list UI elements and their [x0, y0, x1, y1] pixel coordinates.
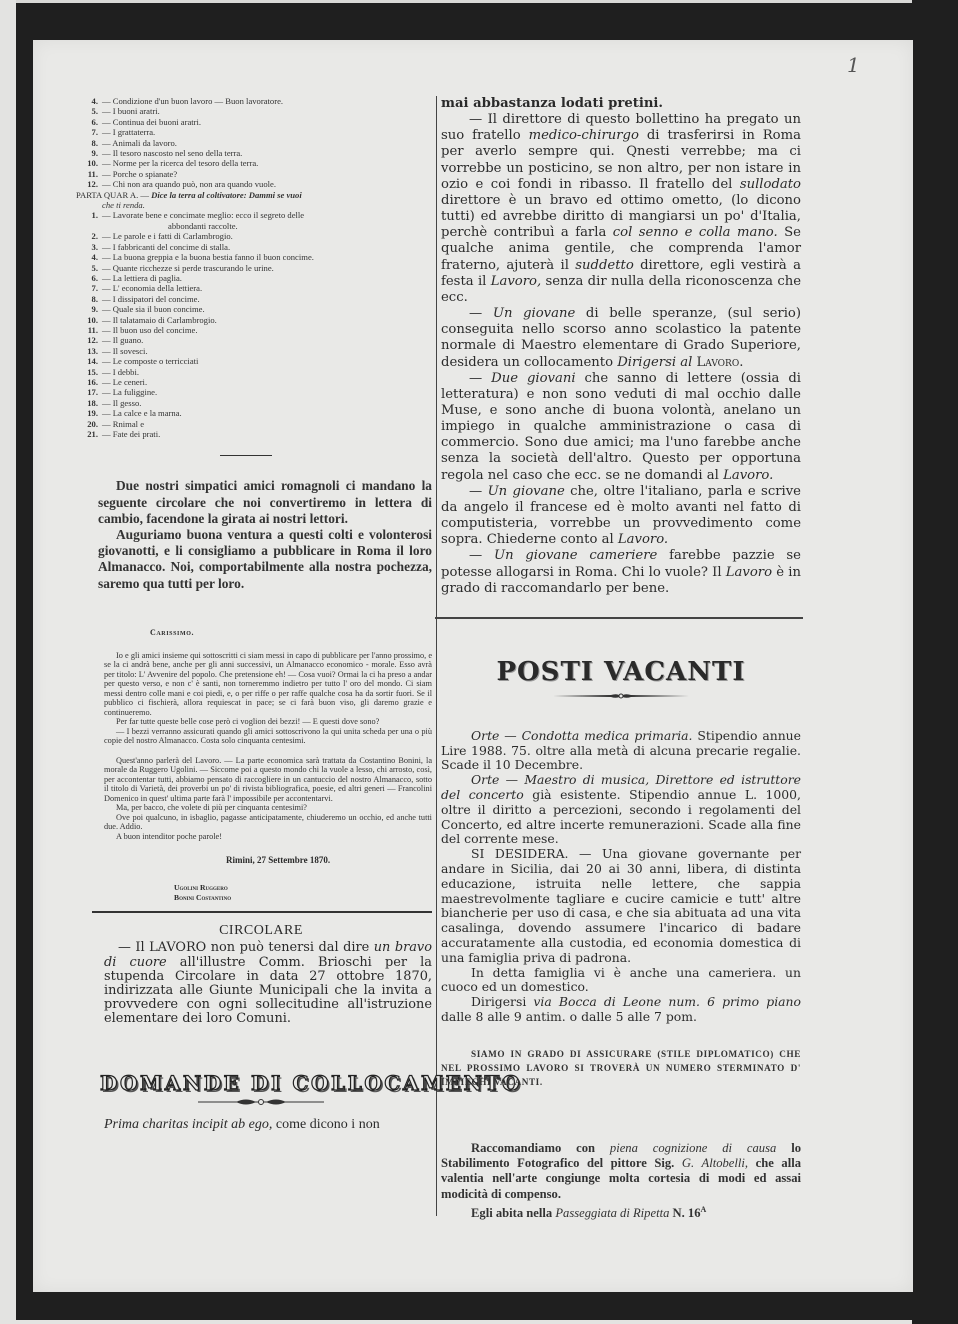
section-divider [220, 455, 272, 456]
ornament-divider [441, 691, 801, 701]
vacancies: Orte — Condotta medica primaria. Stipend… [441, 729, 801, 1025]
contents-item: 15.— I debbi. [60, 367, 432, 377]
contents-item: 16.— Le ceneri. [60, 377, 432, 387]
circolare-title: CIRCOLARE [90, 923, 432, 939]
circolare-text: — Il LAVORO non può tenersi dal dire un … [104, 941, 432, 1026]
contents-item: 4.— La buona greppia e la buona bestia f… [60, 252, 432, 262]
contents-part-3: 4.— Condizione d'un buon lavoro — Buon l… [60, 96, 432, 190]
contents-item: 5.— Quante ricchezze si perde trascurand… [60, 263, 432, 273]
section-divider [92, 911, 432, 913]
column-divider [436, 96, 437, 1216]
contents-item: 6.— Continua dei buoni aratri. [60, 117, 432, 127]
letter-signers: Ugolini Ruggero Bonini Costantino [174, 883, 432, 903]
listing-direttore: — Il direttore di questo bollettino ha p… [441, 112, 801, 306]
posti-vacanti-heading: POSTI VACANTI [441, 657, 801, 687]
contents-part-4: 1.— Lavorate bene e concimate meglio: ec… [60, 210, 432, 439]
contents-item: 18.— Il gesso. [60, 398, 432, 408]
letter-body: Io e gli amici insieme qui sottoscritti … [104, 651, 432, 842]
vacancy-musica: Orte — Maestro di musica, Direttore ed i… [441, 773, 801, 847]
contents-item: 12.— Il guano. [60, 335, 432, 345]
domande-lead: Prima charitas incipit ab ego, come dico… [104, 1117, 432, 1133]
signer: Bonini Costantino [174, 893, 432, 903]
contents-item: 7.— L' economia della lettiera. [60, 283, 432, 293]
contents-item: 1.— Lavorate bene e concimate meglio: ec… [60, 210, 432, 220]
contents-part-4-heading-cont: che ti renda. [102, 200, 145, 210]
contents-item: 3.— I fabbricanti del concime di stalla. [60, 242, 432, 252]
letter-paragraph: A buon intenditor poche parole! [104, 832, 432, 842]
contents-item: 21.— Fate dei prati. [60, 429, 432, 439]
letter-paragraph: Io e gli amici insieme qui sottoscritti … [104, 651, 432, 718]
scan-edge-right [912, 0, 958, 1324]
page-number: 1 [847, 53, 860, 77]
left-column: 4.— Condizione d'un buon lavoro — Buon l… [60, 96, 432, 1133]
scan-edge [16, 0, 946, 3]
intro-p2: Auguriamo buona ventura a questi colti e… [98, 527, 432, 592]
contents-item: 6.— La lettiera di paglia. [60, 273, 432, 283]
listing-cameriere: — Un giovane cameriere farebbe pazzie se… [441, 548, 801, 596]
collocamento-listings: mai abbastanza lodati pretini. — Il dire… [441, 96, 801, 597]
contents-item: 5.— I buoni aratri. [60, 106, 432, 116]
contents-item: 11.— Il buon uso del concime. [60, 325, 432, 335]
contents-item: 7.— I grattaterra. [60, 127, 432, 137]
almanac-contents: 4.— Condizione d'un buon lavoro — Buon l… [60, 96, 432, 439]
photo-studio-recommendation: Raccomandiamo con piena cognizione di ca… [441, 1141, 801, 1222]
letter-paragraph: Quest'anno parlerà del Lavoro. — La part… [104, 756, 432, 804]
vacancy-governante: SI DESIDERA. — Una giovane governante pe… [441, 847, 801, 965]
contents-item-cont: abbondanti raccolte. [60, 221, 432, 231]
contents-item: 10.— Norme per la ricerca del tesoro del… [60, 158, 432, 168]
listing-computisteria: — Un giovane che, oltre l'italiano, parl… [441, 484, 801, 549]
contents-item: 9.— Il tesoro nascosto nel seno della te… [60, 148, 432, 158]
flourish-icon [196, 1097, 326, 1107]
letter-paragraph: Per far tutte queste belle cose però ci … [104, 717, 432, 727]
contents-item: 14.— Le composte o terricciati [60, 356, 432, 366]
letter-paragraph: Ove poi qualcuno, in isbaglio, pagasse a… [104, 813, 432, 832]
signer: Ugolini Ruggero [174, 883, 432, 893]
domande-heading: DOMANDE DI COLLOCAMENTO [100, 1071, 432, 1095]
contents-item: 4.— Condizione d'un buon lavoro — Buon l… [60, 96, 432, 106]
listing-due-giovani: — Due giovani che sanno di lettere (ossi… [441, 371, 801, 484]
contents-item: 20.— Rnimal e [60, 419, 432, 429]
vacancy-medico: Orte — Condotta medica primaria. Stipend… [441, 729, 801, 773]
continued-text: mai abbastanza lodati pretini. [441, 96, 801, 112]
intro-paragraphs: Due nostri simpatici amici romagnoli ci … [98, 478, 432, 591]
letter-salutation: Carissimo. [150, 628, 432, 637]
contents-item: 11.— Porche o spianate? [60, 169, 432, 179]
contents-item: 2.— Le parole e i fatti di Carlambrogio. [60, 231, 432, 241]
contents-item: 10.— Il talatamaio di Carlambrogio. [60, 315, 432, 325]
intro-p1: Due nostri simpatici amici romagnoli ci … [98, 478, 432, 527]
vacancies-notice: Siamo in grado di assicurare (stile dipl… [441, 1047, 801, 1089]
contents-item: 8.— Animali da lavoro. [60, 138, 432, 148]
vacancy-famiglia: In detta famiglia vi è anche una camerie… [441, 966, 801, 996]
letter-paragraph: — I bezzi verranno assicurati quando gli… [104, 727, 432, 746]
section-divider [435, 617, 803, 619]
ornament-divider [90, 1097, 432, 1107]
listing-maestro: — Un giovane di belle speranze, (sul ser… [441, 306, 801, 371]
vacancy-address: Dirigersi via Bocca di Leone num. 6 prim… [441, 995, 801, 1025]
contents-item: 12.— Chi non ara quando può, non ara qua… [60, 179, 432, 189]
contents-item: 13.— Il sovesci. [60, 346, 432, 356]
letter-paragraph: Ma, per bacco, che volete di più per cin… [104, 803, 432, 813]
letter-date: Rimini, 27 Settembre 1870. [226, 855, 432, 865]
contents-item: 17.— La fuliggine. [60, 387, 432, 397]
flourish-icon [551, 691, 691, 701]
contents-item: 19.— La calce e la marna. [60, 408, 432, 418]
right-column: mai abbastanza lodati pretini. — Il dire… [441, 96, 801, 1221]
contents-item: 8.— I dissipatori del concime. [60, 294, 432, 304]
contents-item: 9.— Quale sia il buon concime. [60, 304, 432, 314]
contents-part-4-heading: PARTA QUAR A. — Dice la terra al coltiva… [76, 190, 432, 200]
